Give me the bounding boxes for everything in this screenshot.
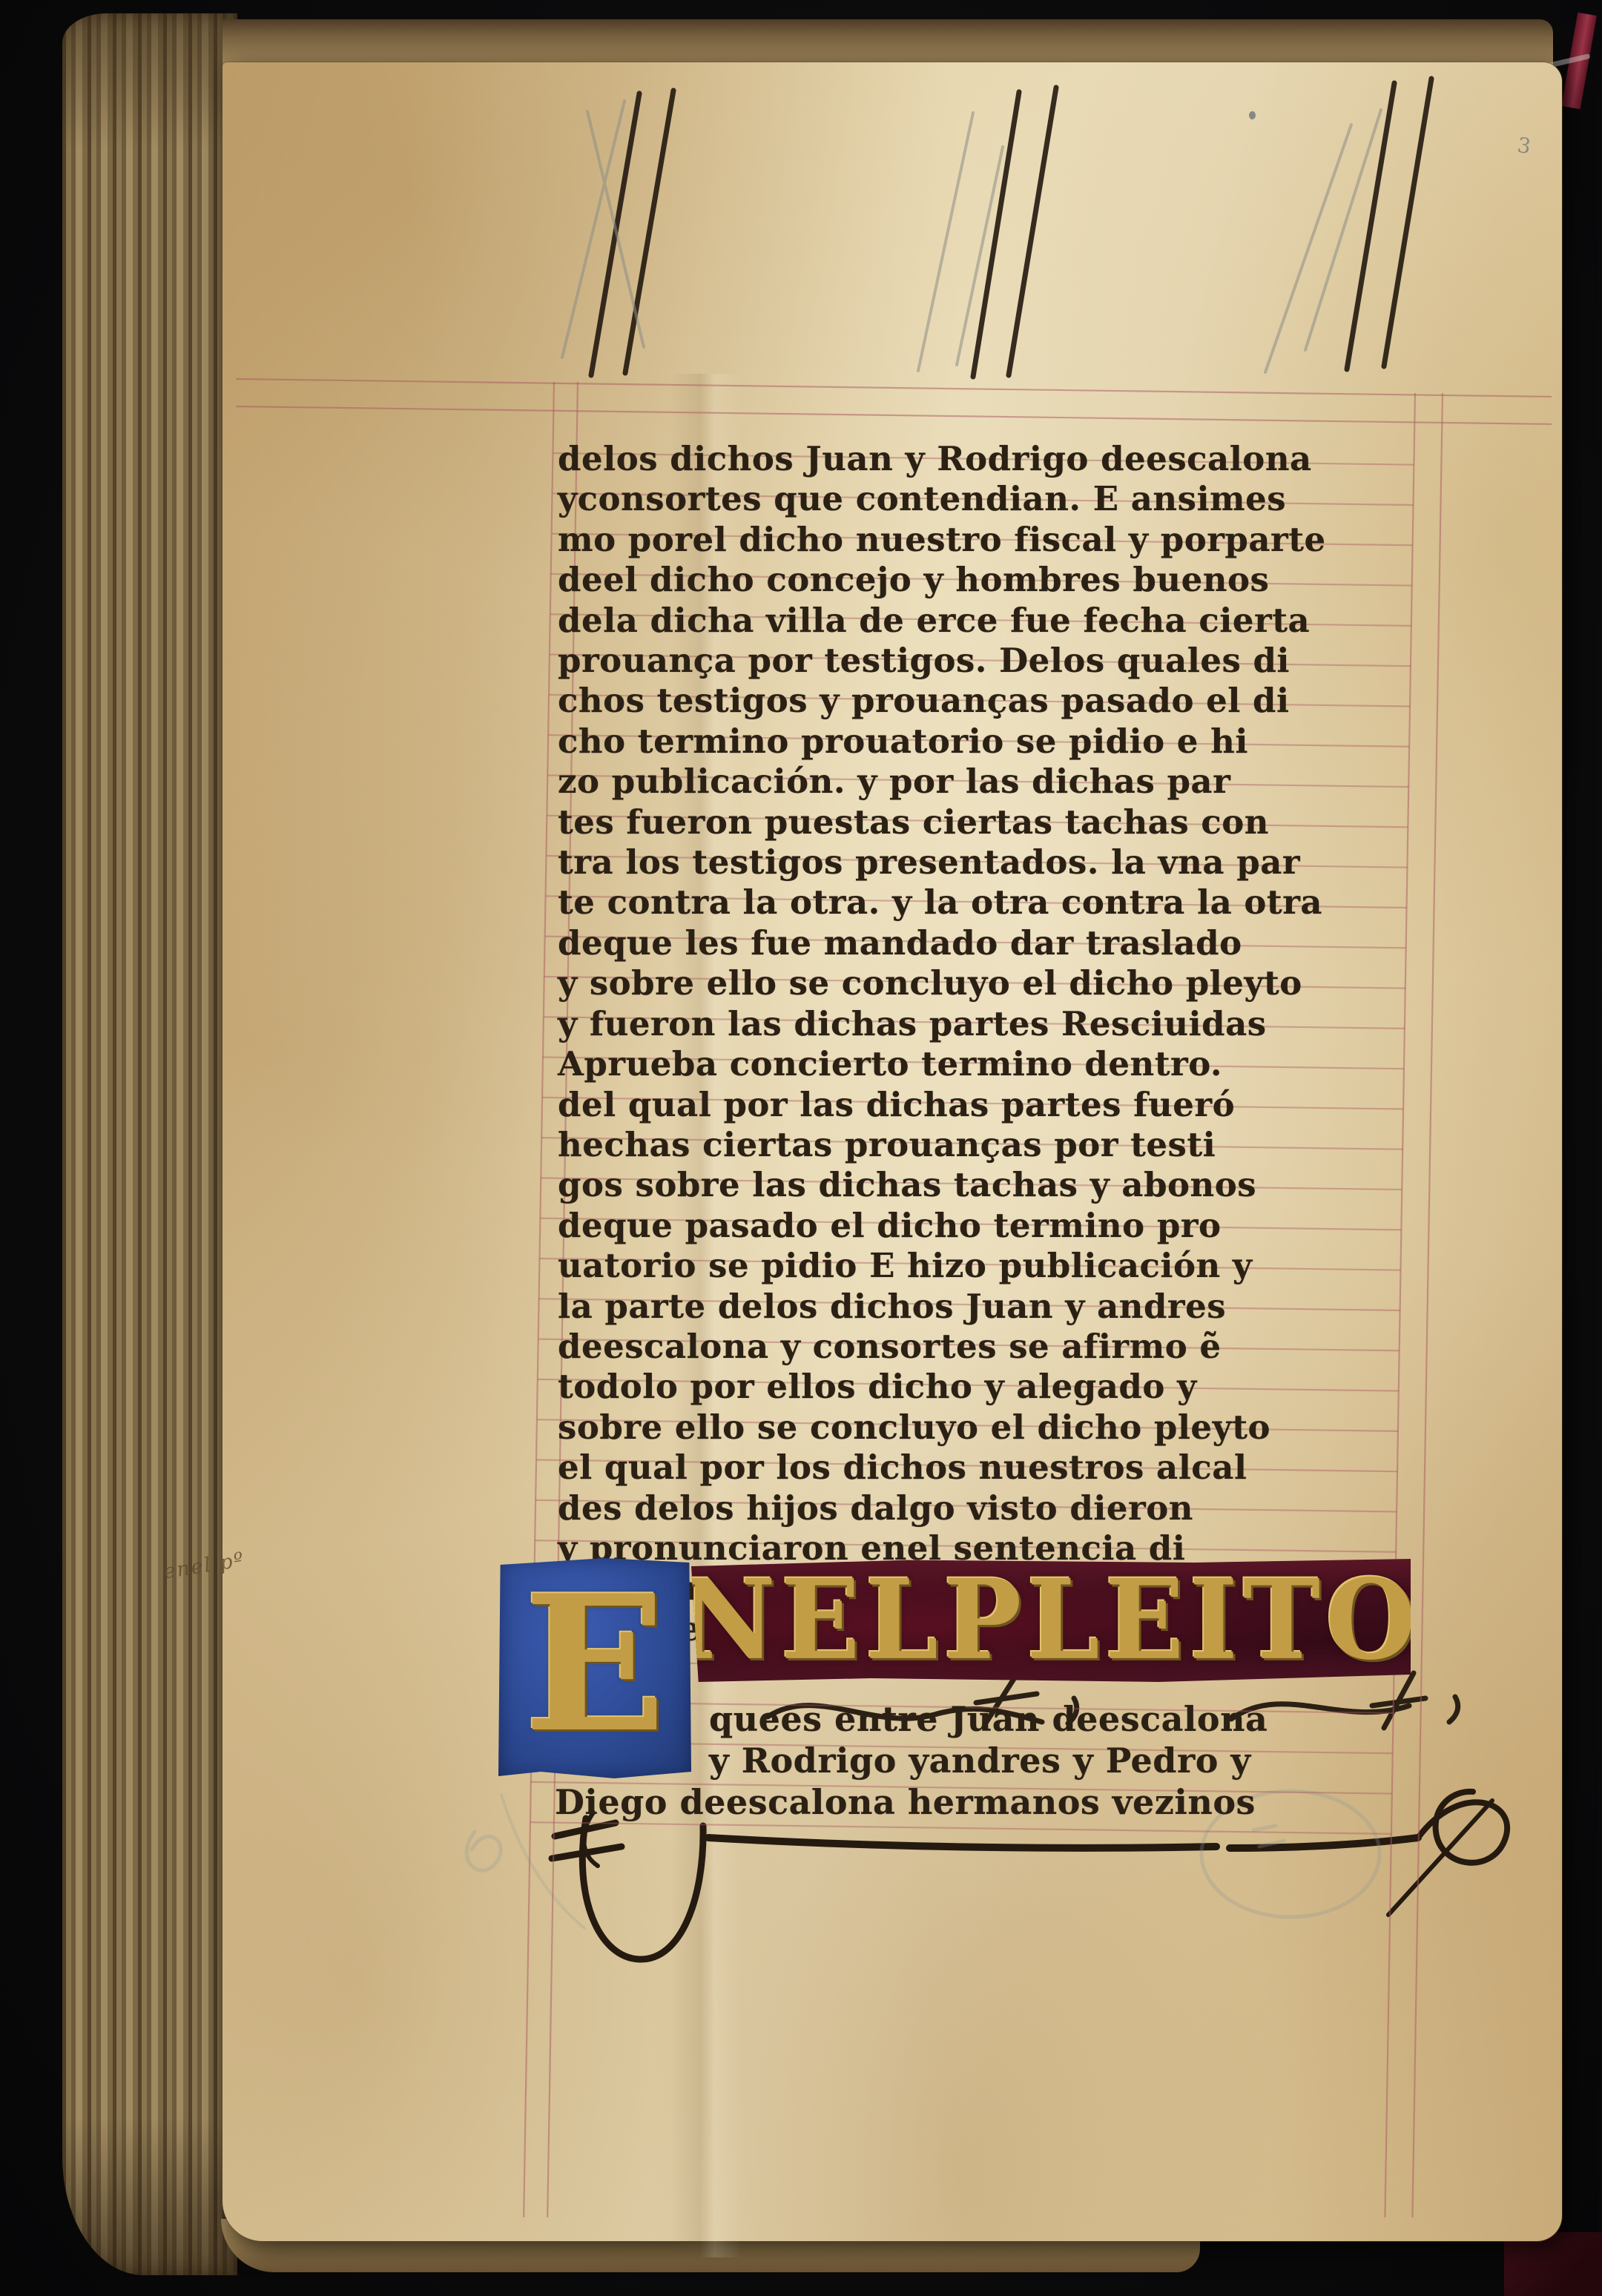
text-line: y fueron las dichas partes Resciuidas bbox=[558, 1004, 1433, 1044]
text-line: uatorio se pidio E hizo publicación y bbox=[558, 1246, 1433, 1286]
text-line: zo publicación. y por las dichas par bbox=[558, 762, 1433, 802]
text-line: dela dicha villa de erce fue fecha ciert… bbox=[558, 601, 1433, 641]
text-line: prouança por testigos. Delos quales di bbox=[558, 641, 1433, 681]
heading-lines: quees entre Juan deescalonay Rodrigo yan… bbox=[555, 1698, 1445, 1823]
heading-line: y Rodrigo yandres y Pedro y bbox=[555, 1740, 1445, 1781]
text-line: yconsortes que contendian. E ansimes bbox=[558, 479, 1433, 519]
text-line: la parte delos dichos Juan y andres bbox=[558, 1287, 1433, 1327]
text-line: tra los testigos presentados. la vna par bbox=[558, 842, 1433, 883]
text-line: gos sobre las dichas tachas y abonos bbox=[558, 1165, 1433, 1205]
ink-speck bbox=[1249, 111, 1256, 119]
heading-banner: NELPLEITO bbox=[691, 1559, 1411, 1682]
text-line: sobre ello se concluyo el dicho pleyto bbox=[558, 1408, 1433, 1448]
text-line: deel dicho concejo y hombres buenos bbox=[558, 560, 1433, 600]
manuscript-photo: delos dichos Juan y Rodrigo deescalonayc… bbox=[0, 0, 1602, 2296]
text-line: hechas ciertas prouanças por testi bbox=[558, 1125, 1433, 1165]
text-line: des delos hijos dalgo visto dieron bbox=[558, 1488, 1433, 1528]
text-line: deescalona y consortes se afirmo ẽ bbox=[558, 1327, 1433, 1367]
text-line: Aprueba concierto termino dentro. bbox=[558, 1044, 1433, 1084]
text-line: el qual por los dichos nuestros alcal bbox=[558, 1448, 1433, 1488]
heading-line: Diego deescalona hermanos vezinos bbox=[555, 1781, 1445, 1823]
book-spine-page-edges bbox=[62, 13, 237, 2275]
cover-corner bbox=[1504, 2232, 1602, 2296]
heading-banner-text: NELPLEITO bbox=[681, 1556, 1421, 1685]
text-line: y sobre ello se concluyo el dicho pleyto bbox=[558, 963, 1433, 1003]
text-line: te contra la otra. y la otra contra la o… bbox=[558, 883, 1433, 923]
text-line: deque les fue mandado dar traslado bbox=[558, 923, 1433, 963]
text-line: delos dichos Juan y Rodrigo deescalona bbox=[558, 439, 1433, 479]
text-block: delos dichos Juan y Rodrigo deescalonayc… bbox=[558, 439, 1433, 1649]
text-line: todolo por ellos dicho y alegado y bbox=[558, 1367, 1433, 1407]
heading-line: quees entre Juan deescalona bbox=[555, 1698, 1445, 1740]
text-line: tes fueron puestas ciertas tachas con bbox=[558, 802, 1433, 842]
text-line: del qual por las dichas partes fueró bbox=[558, 1085, 1433, 1125]
text-line: deque pasado el dicho termino pro bbox=[558, 1206, 1433, 1246]
text-line: mo porel dicho nuestro fiscal y porparte bbox=[558, 520, 1433, 560]
text-line: cho termino prouatorio se pidio e hi bbox=[558, 722, 1433, 762]
top-page-edges bbox=[222, 19, 1553, 68]
text-line: chos testigos y prouanças pasado el di bbox=[558, 681, 1433, 721]
